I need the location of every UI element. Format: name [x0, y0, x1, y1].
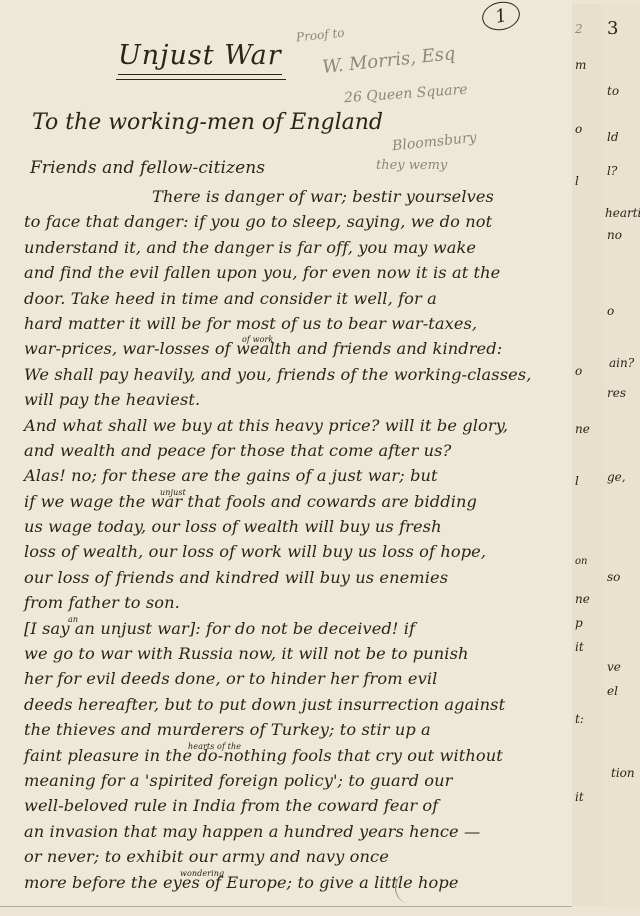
- page-3-fragment: ain?: [609, 356, 634, 370]
- page-3-fragment: el: [607, 684, 618, 698]
- text-line: from father to son.: [24, 590, 564, 615]
- manuscript-page: 1 Unjust War Proof to W. Morris, Esq 26 …: [0, 0, 572, 907]
- text-line: us wage today, our loss of wealth will b…: [24, 514, 564, 539]
- text-line: the thieves and murderers of Turkey; to …: [24, 717, 564, 742]
- page-2-fragment: ne: [575, 422, 590, 436]
- text-line: hard matter it will be for most of us to…: [24, 311, 564, 336]
- pencil-address-line: W. Morris, Esq: [321, 43, 456, 78]
- interlinear-insertion: wondering: [180, 861, 224, 886]
- manuscript-stack: 3 to ld l? heartily no o ain? res ge, so…: [0, 0, 640, 916]
- page-3-fragment: tion: [611, 766, 635, 780]
- text-line: loss of wealth, our loss of work will bu…: [24, 539, 564, 564]
- page-2-fragment: l: [575, 174, 579, 188]
- text-line: Alas! no; for these are the gains of a j…: [24, 463, 564, 488]
- page-3-fragment: heartily: [605, 206, 640, 220]
- text-line: an invasion that may happen a hundred ye…: [24, 819, 564, 844]
- text-line: we go to war with Russia now, it will no…: [24, 641, 564, 666]
- back-page-2: 2 m o l o ne l on ne p it t: it: [571, 4, 604, 906]
- page-3-fragment: ve: [607, 660, 621, 674]
- text-line: meaning for a 'spirited foreign policy';…: [24, 768, 564, 793]
- interlinear-insertion: an: [68, 607, 78, 632]
- page-2-fragment: o: [575, 364, 582, 378]
- page-3-number: 3: [607, 18, 618, 39]
- text-line-content: [I say an unjust war]: for do not be dec…: [24, 619, 415, 638]
- interlinear-insertion: hearts of the: [188, 734, 241, 759]
- page-2-fragment: m: [575, 58, 586, 72]
- page-number: 1: [493, 5, 509, 28]
- manuscript-title: Unjust War: [118, 40, 282, 75]
- page-3-fragment: l?: [607, 164, 617, 178]
- page-2-fragment: on: [575, 556, 587, 567]
- text-line: We shall pay heavily, and you, friends o…: [24, 362, 564, 387]
- pencil-bottom-mark: [395, 873, 422, 903]
- page-3-fragment: ld: [607, 130, 619, 144]
- text-line-with-insertion: [I say an unjust war]: for do not be dec…: [24, 616, 564, 641]
- pencil-address-line: 26 Queen Square: [344, 82, 469, 107]
- text-line: well-beloved rule in India from the cowa…: [24, 793, 564, 818]
- page-2-fragment: it: [575, 790, 584, 804]
- text-line: deeds hereafter, but to put down just in…: [24, 692, 564, 717]
- page-2-fragment: 2: [575, 22, 583, 36]
- page-2-fragment: t:: [575, 712, 584, 726]
- pencil-margin-note: they wemy: [376, 158, 447, 173]
- text-line-with-insertion: if we wage the war that fools and coward…: [24, 489, 564, 514]
- text-line-content: if we wage the war that fools and coward…: [24, 492, 477, 511]
- manuscript-body: There is danger of war; bestir yourselve…: [24, 184, 564, 895]
- addressee-heading: To the working-men of England: [32, 110, 383, 135]
- page-3-fragment: so: [607, 570, 620, 584]
- page-3-fragment: no: [607, 228, 622, 242]
- page-2-fragment: l: [575, 474, 579, 488]
- interlinear-insertion: of work: [242, 327, 273, 352]
- text-line-content: faint pleasure in the do-nothing fools t…: [24, 746, 503, 765]
- page-2-fragment: ne: [575, 592, 590, 606]
- page-3-fragment: to: [607, 84, 619, 98]
- text-line: our loss of friends and kindred will buy…: [24, 565, 564, 590]
- interlinear-insertion: unjust: [160, 480, 186, 505]
- pencil-address-line: Proof to: [295, 26, 345, 45]
- page-2-fragment: it: [575, 640, 584, 654]
- text-line: her for evil deeds done, or to hinder he…: [24, 666, 564, 691]
- text-line-content: more before the eyes of Europe; to give …: [24, 873, 459, 892]
- text-line: to face that danger: if you go to sleep,…: [24, 209, 564, 234]
- page-3-fragment: o: [607, 304, 614, 318]
- text-line-with-insertion: war-prices, war-losses of wealth and fri…: [24, 336, 564, 361]
- text-line: understand it, and the danger is far off…: [24, 235, 564, 260]
- text-line-with-insertion: faint pleasure in the do-nothing fools t…: [24, 743, 564, 768]
- salutation: Friends and fellow-citizens: [30, 156, 265, 181]
- page-number-circle: 1: [480, 0, 523, 34]
- back-page-3: 3 to ld l? heartily no o ain? res ge, so…: [602, 4, 640, 906]
- text-line: or never; to exhibit our army and navy o…: [24, 844, 564, 869]
- text-line: and find the evil fallen upon you, for e…: [24, 260, 564, 285]
- page-3-fragment: res: [607, 386, 626, 400]
- text-line-with-insertion: more before the eyes of Europe; to give …: [24, 870, 564, 895]
- page-2-fragment: o: [575, 122, 582, 136]
- page-2-fragment: p: [575, 616, 583, 630]
- text-line: And what shall we buy at this heavy pric…: [24, 413, 564, 438]
- text-line: door. Take heed in time and consider it …: [24, 286, 564, 311]
- text-line: There is danger of war; bestir yourselve…: [24, 184, 564, 209]
- text-line: and wealth and peace for those that come…: [24, 438, 564, 463]
- page-3-fragment: ge,: [607, 470, 626, 484]
- text-line: will pay the heaviest.: [24, 387, 564, 412]
- pencil-address-line: Bloomsbury: [391, 130, 477, 155]
